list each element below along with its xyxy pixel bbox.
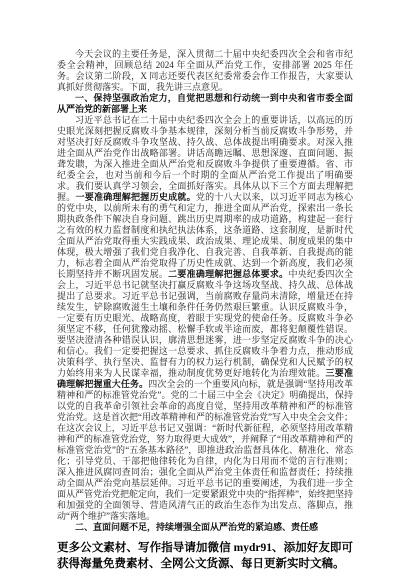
section-1-bold-key-point-2: 二要准确理解把握总体要求。 [168,269,288,279]
section-heading-1: 一、保持坚强政治定力，自觉把思想和行动统一到中央和省市委全面从严治党的新部署上来 [57,93,353,115]
footer-ad-text: 更多公文素材、写作指导请加微信 mydr91、添加好友即可获得海量免费素材、全网… [57,540,353,572]
section-1-text-4: 四次全会的一个重要风向标，就是强调“坚持用改革精神和严的标准管党治党”。党的二十… [57,379,353,521]
intro-paragraph: 今天会议的主要任务是，深入贯彻二十届中央纪委四次全会和省市纪委全会精神，回顾总结… [57,49,353,93]
document-page: 今天会议的主要任务是，深入贯彻二十届中央纪委四次全会和省市纪委全会精神，回顾总结… [0,0,410,580]
section-1-text-3: 中央纪委四次全会上，习近平总书记就坚决打赢反腐败斗争这场攻坚战、持久战、总体战提… [57,269,353,378]
section-1-paragraph: 习近平总书记在二十届中央纪委四次全会上的重要讲话，以高远的历史眼光深刻把握反腐败… [57,115,353,522]
section-1-text-1: 习近平总书记在二十届中央纪委四次全会上的重要讲话，以高远的历史眼光深刻把握反腐败… [57,115,353,202]
section-1-text-2: 党的十八大以来，以习近平同志为核心的党中央，以前所未有的勇气和定力，推进全面从严… [57,192,353,279]
section-1-bold-key-point-1: 一要准确理解把握历史成就。 [76,192,196,202]
section-heading-2: 二、直面问题不足，持续增强全面从严治党的紧迫感、责任感 [57,522,353,533]
